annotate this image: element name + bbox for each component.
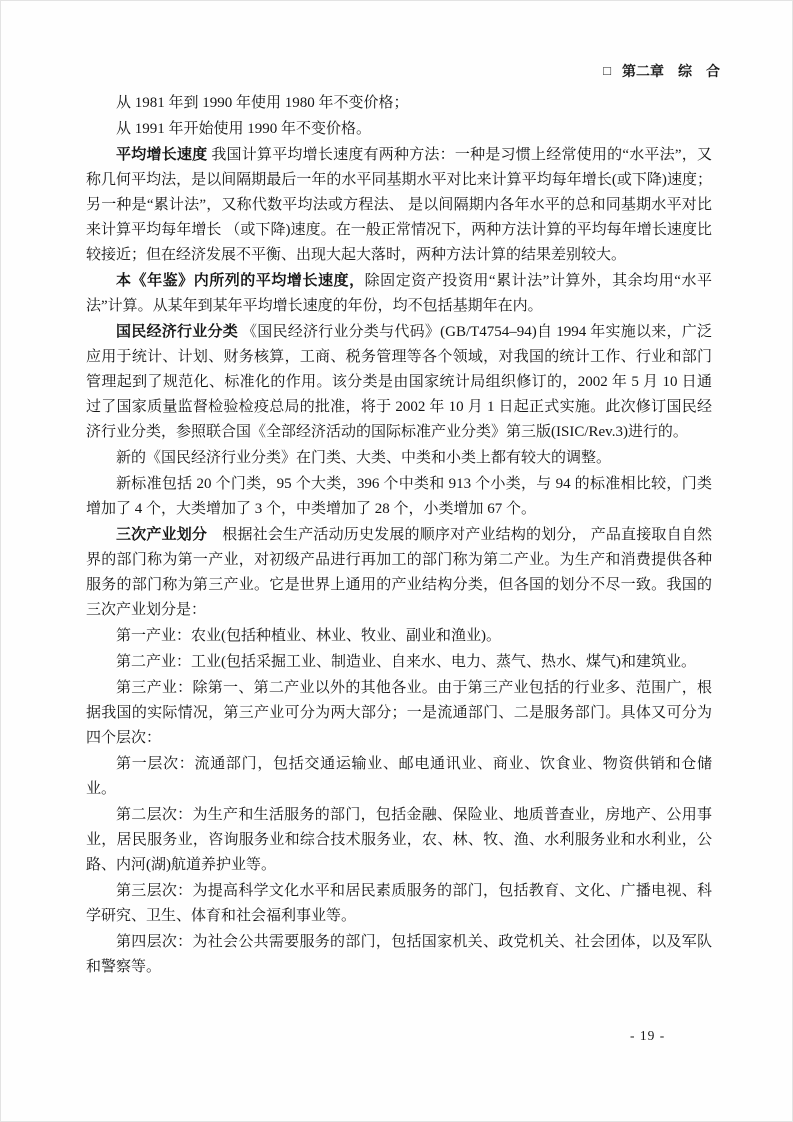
paragraph-text: 第三产业：除第一、第二产业以外的其他各业。由于第三产业包括的行业多、范围广，根据… — [86, 680, 712, 746]
paragraph-lead: 三次产业划分 — [116, 526, 207, 543]
paragraph: 第二层次：为生产和生活服务的部门，包括金融、保险业、地质普查业，房地产、公用事业… — [86, 802, 712, 878]
paragraph: 第一产业：农业(包括种植业、林业、牧业、副业和渔业)。 — [86, 623, 712, 649]
page-number: - 19 - — [630, 1028, 665, 1044]
paragraph-lead: 本《年鉴》内所列的平均增长速度， — [116, 272, 365, 289]
paragraph-text: 第二产业：工业(包括采掘工业、制造业、自来水、电力、蒸气、热水、煤气)和建筑业。 — [116, 654, 696, 670]
paragraph: 第二产业：工业(包括采掘工业、制造业、自来水、电力、蒸气、热水、煤气)和建筑业。 — [86, 649, 712, 675]
paragraph-text: 从 1991 年开始使用 1990 年不变价格。 — [116, 121, 371, 137]
paragraph: 平均增长速度 我国计算平均增长速度有两种方法：一种是习惯上经常使用的“水平法”，… — [86, 142, 712, 268]
document-page: □ 第二章 综 合 从 1981 年到 1990 年使用 1980 年不变价格；… — [0, 0, 793, 1122]
paragraph: 本《年鉴》内所列的平均增长速度，除固定资产投资用“累计法”计算外，其余均用“水平… — [86, 268, 712, 319]
chapter-marker-icon: □ — [603, 64, 611, 77]
paragraph: 第四层次：为社会公共需要服务的部门，包括国家机关、政党机关、社会团体，以及军队和… — [86, 929, 712, 980]
paragraph-text: 第二层次：为生产和生活服务的部门，包括金融、保险业、地质普查业，房地产、公用事业… — [86, 807, 712, 873]
paragraph-text: 第一层次：流通部门，包括交通运输业、邮电通讯业、商业、饮食业、物资供销和仓储业。 — [86, 756, 712, 797]
paragraph: 新标准包括 20 个门类，95 个大类，396 个中类和 913 个小类，与 9… — [86, 471, 712, 522]
paragraph-text: 新的《国民经济行业分类》在门类、大类、中类和小类上都有较大的调整。 — [116, 450, 611, 466]
paragraph: 国民经济行业分类 《国民经济行业分类与代码》(GB/T4754–94)自 199… — [86, 319, 712, 445]
paragraph: 新的《国民经济行业分类》在门类、大类、中类和小类上都有较大的调整。 — [86, 445, 712, 471]
paragraph: 第三层次：为提高科学文化水平和居民素质服务的部门，包括教育、文化、广播电视、科学… — [86, 878, 712, 929]
paragraph-lead: 国民经济行业分类 — [116, 323, 238, 340]
paragraph-text: 我国计算平均增长速度有两种方法：一种是习惯上经常使用的“水平法”，又称几何平均法… — [86, 147, 712, 263]
paragraph-text: 《国民经济行业分类与代码》(GB/T4754–94)自 1994 年实施以来，广… — [86, 324, 712, 440]
paragraph-text: 第四层次：为社会公共需要服务的部门，包括国家机关、政党机关、社会团体，以及军队和… — [86, 934, 712, 975]
paragraph: 从 1981 年到 1990 年使用 1980 年不变价格； — [86, 90, 712, 116]
paragraph: 从 1991 年开始使用 1990 年不变价格。 — [86, 116, 712, 142]
chapter-title: 第二章 综 合 — [622, 61, 720, 81]
body-text: 从 1981 年到 1990 年使用 1980 年不变价格； 从 1991 年开… — [86, 90, 712, 980]
paragraph-lead: 平均增长速度 — [116, 146, 207, 163]
paragraph-text: 第一产业：农业(包括种植业、林业、牧业、副业和渔业)。 — [116, 628, 501, 644]
paragraph-text: 新标准包括 20 个门类，95 个大类，396 个中类和 913 个小类，与 9… — [86, 476, 712, 517]
paragraph-text: 从 1981 年到 1990 年使用 1980 年不变价格； — [116, 95, 409, 111]
paragraph-text: 第三层次：为提高科学文化水平和居民素质服务的部门，包括教育、文化、广播电视、科学… — [86, 883, 712, 924]
paragraph: 三次产业划分 根据社会生产活动历史发展的顺序对产业结构的划分， 产品直接取自自然… — [86, 522, 712, 623]
paragraph: 第三产业：除第一、第二产业以外的其他各业。由于第三产业包括的行业多、范围广，根据… — [86, 675, 712, 751]
paragraph: 第一层次：流通部门，包括交通运输业、邮电通讯业、商业、饮食业、物资供销和仓储业。 — [86, 751, 712, 802]
running-header: □ 第二章 综 合 — [603, 61, 720, 81]
